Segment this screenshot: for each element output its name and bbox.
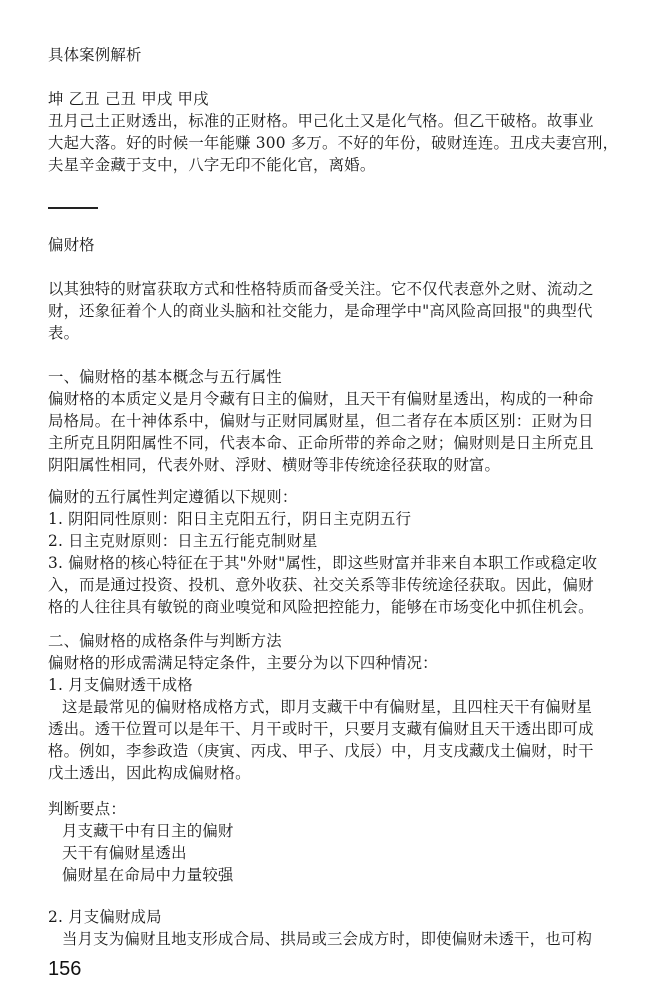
part2-heading: 二、偏财格的成格条件与判断方法 bbox=[48, 630, 282, 652]
rule-item-continued: 入，而是通过投资、投机、意外收获、社交关系等非传统途径获取。因此，偏财 bbox=[48, 574, 594, 596]
case1-title: 1. 月支偏财透干成格 bbox=[48, 674, 193, 696]
rules-intro: 偏财的五行属性判定遵循以下规则： bbox=[48, 486, 297, 508]
case-text-line: 夫星辛金藏于支中，八字无印不能化官，离婚。 bbox=[48, 154, 375, 176]
case-heading: 具体案例解析 bbox=[48, 44, 142, 66]
case2-title: 2. 月支偏财成局 bbox=[48, 906, 162, 928]
rule-item: 1. 阴阳同性原则：阳日主克阳五行，阴日主克阴五行 bbox=[48, 508, 411, 530]
key-point-item: 天干有偏财星透出 bbox=[62, 842, 187, 864]
case1-text-line: 这是最常见的偏财格成格方式，即月支藏干中有偏财星，且四柱天干有偏财星 bbox=[62, 696, 592, 718]
case1-text-line: 戊土透出，因此构成偏财格。 bbox=[48, 762, 251, 784]
page-number: 156 bbox=[48, 958, 81, 981]
intro-line: 以其独特的财富获取方式和性格特质而备受关注。它不仅代表意外之财、流动之 bbox=[48, 278, 594, 300]
intro-line: 财，还象征着个人的商业头脑和社交能力，是命理学中"高风险高回报"的典型代 bbox=[48, 300, 593, 322]
key-point-item: 偏财星在命局中力量较强 bbox=[62, 864, 234, 886]
part1-text-line: 阴阳属性相同，代表外财、浮财、横财等非传统途径获取的财富。 bbox=[48, 454, 500, 476]
case-text-line: 丑月己土正财透出，标准的正财格。甲己化土又是化气格。但乙干破格。故事业 bbox=[48, 110, 594, 132]
rule-item: 2. 日主克财原则：日主五行能克制财星 bbox=[48, 530, 318, 552]
section-title: 偏财格 bbox=[48, 234, 95, 256]
case2-text-line: 当月支为偏财且地支形成合局、拱局或三会成方时，即使偏财未透干，也可构 bbox=[62, 928, 592, 950]
key-points-label: 判断要点： bbox=[48, 798, 126, 820]
case1-text-line: 透出。透干位置可以是年干、月干或时干，只要月支藏有偏财且天干透出即可成 bbox=[48, 718, 594, 740]
part1-heading: 一、偏财格的基本概念与五行属性 bbox=[48, 366, 282, 388]
key-point-item: 月支藏干中有日主的偏财 bbox=[62, 820, 234, 842]
intro-line: 表。 bbox=[48, 322, 79, 344]
part1-text-line: 偏财格的本质定义是月令藏有日主的偏财，且天干有偏财星透出，构成的一种命 bbox=[48, 388, 594, 410]
separator-rule bbox=[48, 207, 98, 209]
part2-intro: 偏财格的形成需满足特定条件，主要分为以下四种情况： bbox=[48, 652, 438, 674]
part1-text-line: 局格局。在十神体系中，偏财与正财同属财星，但二者存在本质区别：正财为日 bbox=[48, 410, 594, 432]
case-text-line: 大起大落。好的时候一年能赚 300 多万。不好的年份，破财连连。丑戌夫妻宫刑， bbox=[48, 132, 618, 154]
rule-item: 3. 偏财格的核心特征在于其"外财"属性，即这些财富并非来自本职工作或稳定收 bbox=[48, 552, 597, 574]
rule-item-continued: 格的人往往具有敏锐的商业嗅觉和风险把控能力，能够在市场变化中抓住机会。 bbox=[48, 596, 594, 618]
bazi-chart-line: 坤 乙丑 己丑 甲戌 甲戌 bbox=[48, 88, 209, 110]
case1-text-line: 格。例如，李参政造（庚寅、丙戌、甲子、戊辰）中，月支戌藏戊土偏财，时干 bbox=[48, 740, 594, 762]
part1-text-line: 主所克且阴阳属性不同，代表本命、正命所带的养命之财；偏财则是日主所克且 bbox=[48, 432, 594, 454]
